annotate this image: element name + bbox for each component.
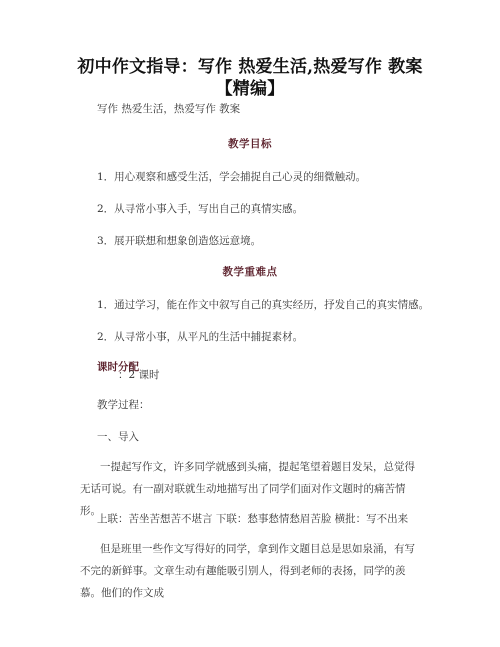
key-points-heading: 教学重难点 [0, 264, 500, 279]
couplet-line: 上联：苦坐苦想苦不堪言 下联：愁事愁情愁眉苦脸 横批：写不出来 [97, 512, 408, 526]
document-title: 初中作文指导：写作 热爱生活,热爱写作 教案【精编】 [62, 56, 438, 100]
intro-paragraph-2-text: 但是班里一些作文写得好的同学，拿到作文题目总是思如泉涌，有写不完的新鲜事。文章生… [80, 543, 415, 599]
key-point-item-1: 1．通过学习，能在作文中叙写自己的真实经历，抒发自己的真实情感。 [97, 298, 429, 312]
document-page: 初中作文指导：写作 热爱生活,热爱写作 教案【精编】 写作 热爱生活，热爱写作 … [0, 0, 500, 647]
process-label: 教学过程： [97, 398, 150, 412]
objective-item-1: 1．用心观察和感受生活，学会捕捉自己心灵的细微触动。 [97, 170, 366, 184]
document-subtitle: 写作 热爱生活，热爱写作 教案 [97, 102, 240, 116]
intro-paragraph-1-text: 一提起写作文，许多同学就感到头痛，提起笔望着题目发呆，总觉得无话可说。有一副对联… [80, 461, 415, 517]
objectives-heading: 教学目标 [0, 136, 500, 151]
key-point-item-2: 2．从寻常小事，从平凡的生活中捕捉素材。 [97, 330, 303, 344]
intro-paragraph-2: 但是班里一些作文写得好的同学，拿到作文题目总是思如泉涌，有写不完的新鲜事。文章生… [80, 538, 425, 604]
schedule-value: ：2 课时 [118, 368, 160, 382]
objective-item-2: 2．从寻常小事入手，写出自己的真情实感。 [97, 202, 303, 216]
objective-item-3: 3．展开联想和想象创造悠远意境。 [97, 234, 261, 248]
process-step-1: 一、导入 [97, 430, 139, 444]
